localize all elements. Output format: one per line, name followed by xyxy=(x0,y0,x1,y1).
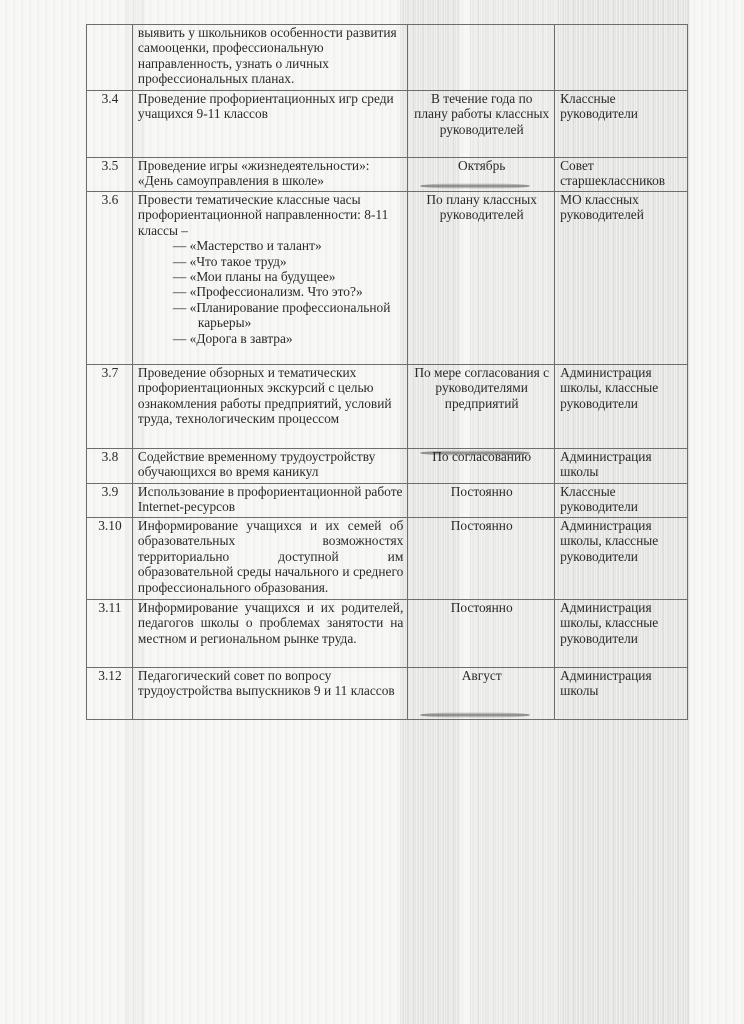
timing-cell: По плану классных руководителей xyxy=(408,192,555,365)
table-row: 3.8 Содействие временному трудоустройств… xyxy=(87,449,688,484)
activity-cell: Проведение обзорных и тематических профо… xyxy=(132,365,407,449)
table-row: 3.9 Использование в профориентационной р… xyxy=(87,484,688,518)
topic-item: — «Профессионализм. Что это?» xyxy=(138,284,403,299)
row-number: 3.5 xyxy=(87,158,133,192)
table-row: выявить у школьников особенности развити… xyxy=(87,25,688,91)
timing-cell: По мере согласования с руководителями пр… xyxy=(408,365,555,449)
timing-cell: Октябрь xyxy=(408,158,555,192)
responsible-cell: Классные руководители xyxy=(555,484,688,518)
responsible-cell: Классные руководители xyxy=(555,91,688,158)
row-number: 3.12 xyxy=(87,668,133,720)
topic-item: — «Дорога в завтра» xyxy=(138,331,403,346)
row-number: 3.11 xyxy=(87,600,133,668)
responsible-cell: Администрация школы, классные руководите… xyxy=(555,518,688,600)
responsible-cell: Администрация школы, классные руководите… xyxy=(555,600,688,668)
row-number: 3.9 xyxy=(87,484,133,518)
activity-cell: Педагогический совет по вопросу трудоуст… xyxy=(132,668,407,720)
row-number: 3.8 xyxy=(87,449,133,484)
table-row: 3.5 Проведение игры «жизнедеятельности»:… xyxy=(87,158,688,192)
responsible-cell: МО классных руководителей xyxy=(555,192,688,365)
table-row: 3.4 Проведение профориентационных игр ср… xyxy=(87,91,688,158)
timing-cell: Постоянно xyxy=(408,600,555,668)
timing-cell: Постоянно xyxy=(408,484,555,518)
topic-item: — «Планирование профессиональной xyxy=(138,300,403,315)
table-row: 3.6 Провести тематические классные часы … xyxy=(87,192,688,365)
topic-item: — «Мастерство и талант» xyxy=(138,238,403,253)
responsible-cell xyxy=(555,25,688,91)
table-row: 3.10 Информирование учащихся и их семей … xyxy=(87,518,688,600)
row-number xyxy=(87,25,133,91)
activity-cell: Проведение профориентационных игр среди … xyxy=(132,91,407,158)
timing-cell xyxy=(408,25,555,91)
row-number: 3.10 xyxy=(87,518,133,600)
topic-item: — «Что такое труд» xyxy=(138,254,403,269)
responsible-cell: Администрация школы xyxy=(555,668,688,720)
activity-cell: Содействие временному трудоустройству об… xyxy=(132,449,407,484)
table-row: 3.7 Проведение обзорных и тематических п… xyxy=(87,365,688,449)
topic-item: — «Мои планы на будущее» xyxy=(138,269,403,284)
row-number: 3.4 xyxy=(87,91,133,158)
activity-cell: Провести тематические классные часы проф… xyxy=(132,192,407,365)
timing-cell: Постоянно xyxy=(408,518,555,600)
responsible-cell: Администрация школы, классные руководите… xyxy=(555,365,688,449)
activity-text: Провести тематические классные часы проф… xyxy=(138,192,388,238)
activity-plan-table: выявить у школьников особенности развити… xyxy=(86,24,688,720)
topic-item-continuation: карьеры» xyxy=(138,315,403,330)
activity-cell: выявить у школьников особенности развити… xyxy=(132,25,407,91)
activity-cell: Информирование учащихся и их родителей, … xyxy=(132,600,407,668)
row-number: 3.7 xyxy=(87,365,133,449)
responsible-cell: Совет старшеклассников xyxy=(555,158,688,192)
timing-cell: В течение года по плану работы классных … xyxy=(408,91,555,158)
table-row: 3.11 Информирование учащихся и их родите… xyxy=(87,600,688,668)
activity-cell: Информирование учащихся и их семей об об… xyxy=(132,518,407,600)
responsible-cell: Администрация школы xyxy=(555,449,688,484)
activity-cell: Проведение игры «жизнедеятельности»: «Де… xyxy=(132,158,407,192)
timing-cell: По согласованию xyxy=(408,449,555,484)
row-number: 3.6 xyxy=(87,192,133,365)
table-row: 3.12 Педагогический совет по вопросу тру… xyxy=(87,668,688,720)
timing-cell: Август xyxy=(408,668,555,720)
activity-cell: Использование в профориентационной работ… xyxy=(132,484,407,518)
